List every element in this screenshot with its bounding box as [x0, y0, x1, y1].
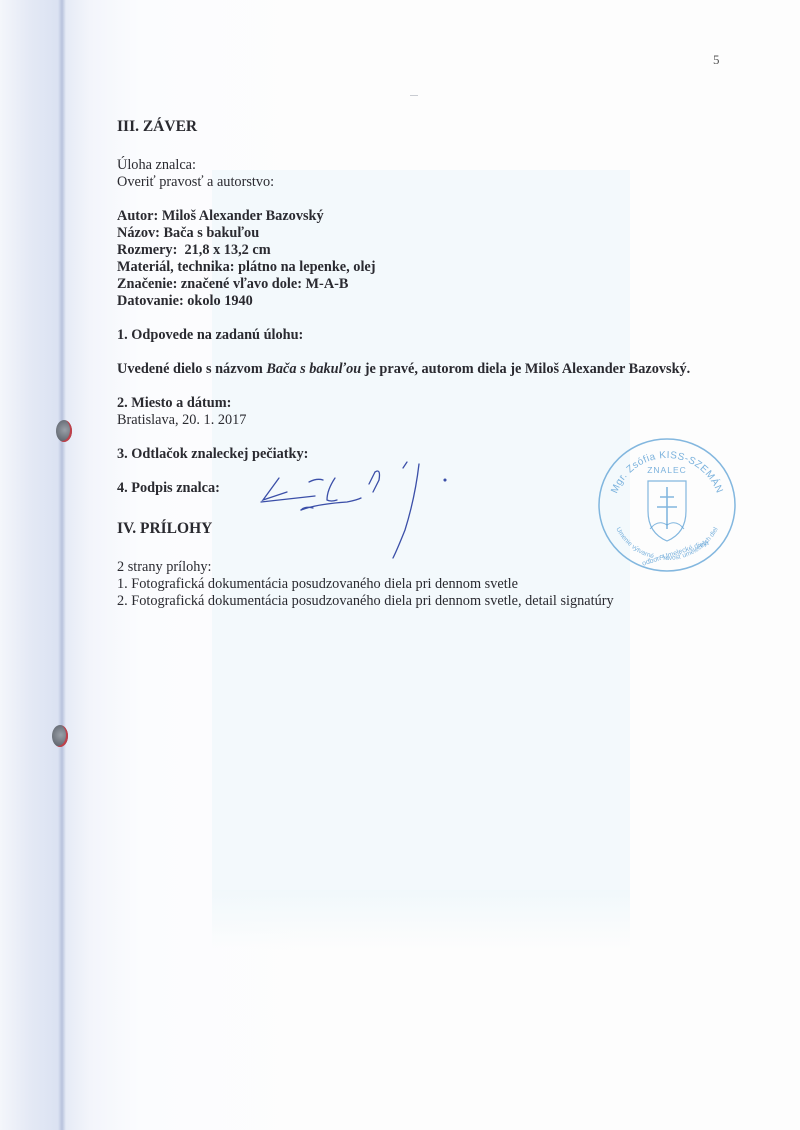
answer-text: Uvedené dielo s názvom Bača s bakuľou je…	[117, 361, 717, 378]
section-heading-conclusion: III. ZÁVER	[117, 118, 737, 135]
detail-dimensions: Rozmery: 21,8 x 13,2 cm	[117, 242, 737, 259]
answer-text-after: je pravé, autorom diela je Miloš Alexand…	[361, 361, 690, 377]
punch-hole-icon	[52, 725, 68, 747]
svg-text:Umenie výtvarné - Pravosť umel: Umenie výtvarné - Pravosť umeleckých die…	[614, 526, 720, 562]
expert-stamp: Mgr. Zsófia KISS-SZEMÁN ZNALEC odbor: Um…	[592, 433, 742, 578]
attachment-item: 2. Fotografická dokumentácia posudzované…	[117, 593, 737, 610]
attachment-item: 1. Fotografická dokumentácia posudzované…	[117, 576, 737, 593]
stamp-bottom-text: Umenie výtvarné - Pravosť umeleckých die…	[614, 526, 720, 562]
answer-text-before: Uvedené dielo s názvom	[117, 361, 266, 377]
task-text: Overiť pravosť a autorstvo:	[117, 174, 737, 191]
place-date-value: Bratislava, 20. 1. 2017	[117, 412, 737, 429]
handwritten-signature	[257, 458, 457, 568]
stamp-middle-text: ZNALEC	[647, 465, 687, 475]
scan-speck	[410, 95, 418, 96]
artwork-details: Autor: Miloš Alexander Bazovský Názov: B…	[117, 208, 737, 310]
artwork-title-italic: Bača s bakuľou	[266, 361, 361, 377]
punch-hole-icon	[56, 420, 72, 442]
place-date-heading: 2. Miesto a dátum:	[117, 395, 737, 412]
scan-tint-fade	[212, 890, 630, 950]
detail-author: Autor: Miloš Alexander Bazovský	[117, 208, 737, 225]
task-label: Úloha znalca:	[117, 157, 737, 174]
detail-dating: Datovanie: okolo 1940	[117, 293, 737, 310]
detail-title: Názov: Bača s bakuľou	[117, 225, 737, 242]
detail-marking: Značenie: značené vľavo dole: M-A-B	[117, 276, 737, 293]
answer-heading: 1. Odpovede na zadanú úlohu:	[117, 327, 737, 344]
detail-material: Materiál, technika: plátno na lepenke, o…	[117, 259, 737, 276]
page-number: 5	[713, 52, 720, 68]
